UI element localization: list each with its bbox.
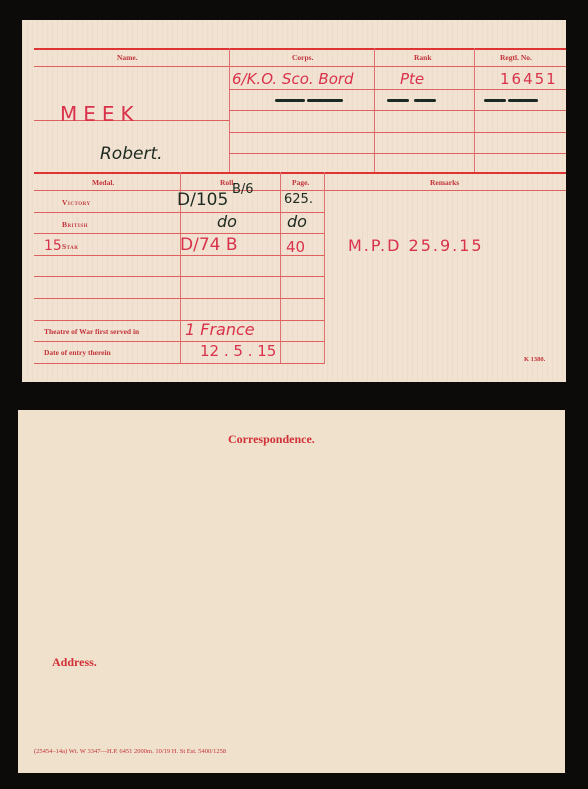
- rank-header: Rank: [414, 53, 432, 62]
- page-victory: 625.: [284, 192, 313, 207]
- page-british: do: [287, 212, 307, 231]
- corps-rule-1: [229, 89, 566, 90]
- date-rule: [34, 341, 324, 342]
- regtl-no-header: Regtl. No.: [500, 53, 532, 62]
- correspondence-title: Correspondence.: [228, 432, 315, 447]
- date-entry-value: 12 . 5 . 15: [200, 342, 276, 360]
- printer-imprint: (25454–14a) Wt. W 3347—H.P. 6451 2000m. …: [34, 748, 226, 755]
- roll-star: D/74 B: [180, 235, 238, 255]
- corps-value: 6/K.O. Sco. Bord: [232, 70, 354, 88]
- name-header: Name.: [117, 53, 138, 62]
- theatre-label: Theatre of War first served in: [44, 327, 139, 336]
- ditto-dash: [484, 99, 506, 102]
- forename: Robert.: [100, 144, 163, 164]
- form-code: K 1380.: [524, 356, 545, 363]
- divider-page-remarks: [324, 172, 325, 364]
- corps-rule-4: [229, 153, 566, 154]
- medal-section-rule: [34, 172, 566, 174]
- medal-index-card-front: Name. Corps. Rank Regtl. No. MEEK Robert…: [22, 20, 566, 382]
- ditto-dash: [414, 99, 436, 102]
- top-rule: [34, 48, 566, 50]
- medal-row-rule: [34, 233, 324, 234]
- medal-british: British: [62, 220, 88, 229]
- remarks-value: M.P.D 25.9.15: [348, 236, 484, 255]
- theatre-value: 1 France: [185, 320, 255, 339]
- page-header: Page.: [292, 178, 309, 187]
- address-label: Address.: [52, 655, 97, 670]
- ditto-dash: [387, 99, 409, 102]
- roll-victory: D/105: [177, 190, 228, 210]
- regtl-no-value: 16451: [500, 70, 558, 88]
- divider-roll-page: [280, 172, 281, 364]
- header-rule: [34, 66, 566, 67]
- corps-rule-2: [229, 110, 566, 111]
- rank-value: Pte: [400, 70, 424, 88]
- page-star: 40: [286, 238, 305, 256]
- medal-index-card-back: Correspondence. Address. (25454–14a) Wt.…: [18, 410, 565, 773]
- ditto-dash: [307, 99, 343, 102]
- theatre-rule: [34, 320, 324, 321]
- medal-victory: Victory: [62, 198, 91, 207]
- corps-header: Corps.: [292, 53, 313, 62]
- star-prefix: 15: [44, 238, 62, 254]
- corps-rule-3: [229, 132, 566, 133]
- surname: MEEK: [60, 102, 140, 126]
- medal-header-rule: [34, 190, 566, 191]
- medal-row-rule: [34, 298, 324, 299]
- medal-row-rule: [34, 212, 324, 213]
- medal-header: Medal.: [92, 178, 114, 187]
- remarks-header: Remarks: [430, 178, 459, 187]
- date-entry-label: Date of entry therein: [44, 348, 111, 357]
- ditto-dash: [508, 99, 538, 102]
- medal-star: Star: [62, 242, 78, 251]
- roll-victory-note: B/6: [232, 182, 254, 197]
- bottom-rule: [34, 363, 324, 364]
- medal-row-rule: [34, 255, 324, 256]
- ditto-dash: [275, 99, 305, 102]
- medal-row-rule: [34, 276, 324, 277]
- roll-british: do: [217, 212, 237, 231]
